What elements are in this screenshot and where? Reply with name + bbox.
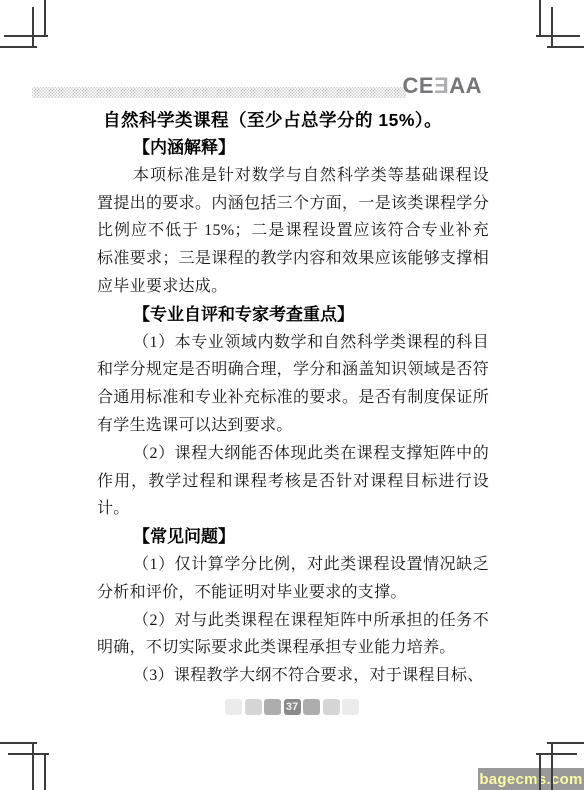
pager-square — [225, 699, 242, 715]
crop-mark-icon — [551, 742, 553, 790]
crop-mark-icon — [32, 7, 34, 48]
document-content: 自然科学类课程（至少占总学分的 15%）。 【内涵解释】 本项标准是针对数学与自… — [97, 106, 489, 690]
page-title: 自然科学类课程（至少占总学分的 15%）。 — [97, 106, 489, 134]
crop-mark-icon — [536, 753, 577, 755]
crop-mark-icon — [547, 46, 584, 48]
pager-square — [342, 699, 359, 715]
page-number-pager: 37 — [0, 699, 584, 715]
paragraph: 本项标准是针对数学与自然科学类等基础课程设置提出的要求。内涵包括三个方面，一是该… — [97, 162, 489, 301]
crop-mark-icon — [4, 35, 48, 37]
logo-part-left: CE — [402, 73, 434, 98]
pager-square — [264, 699, 281, 715]
paragraph: （2）课程大纲能否体现此类在课程支撑矩阵中的作用，教学过程和课程考核是否针对课程… — [97, 440, 489, 523]
logo-part-right: AA — [449, 73, 482, 98]
section-heading-common-problems: 【常见问题】 — [97, 523, 489, 551]
crop-mark-icon — [539, 0, 541, 36]
crop-mark-icon — [32, 742, 34, 790]
pager-square — [303, 699, 320, 715]
pager-square — [245, 699, 262, 715]
paragraph: （2）对与此类课程在课程矩阵中所承担的任务不明确，不切实际要求此类课程承担专业能… — [97, 607, 489, 663]
paragraph: （1）本专业领域内数学和自然科学类课程的科目和学分规定是否明确合理，学分和涵盖知… — [97, 329, 489, 440]
crop-mark-icon — [547, 742, 584, 744]
ceeaa-logo: CEƎAA — [402, 74, 482, 98]
crop-mark-icon — [8, 753, 49, 755]
crop-mark-icon — [44, 0, 46, 36]
section-heading-connotation: 【内涵解释】 — [97, 134, 489, 162]
pager-square — [323, 699, 340, 715]
crop-mark-icon — [536, 35, 580, 37]
paragraph: （3）课程教学大纲不符合要求，对于课程目标、 — [97, 662, 489, 690]
logo-part-middle: Ǝ — [434, 73, 449, 98]
page-number-badge: 37 — [284, 699, 301, 715]
book-page: CEƎAA 自然科学类课程（至少占总学分的 15%）。 【内涵解释】 本项标准是… — [0, 0, 584, 790]
crop-mark-icon — [44, 753, 46, 790]
header-halftone-bar — [32, 87, 406, 98]
crop-mark-icon — [0, 46, 37, 48]
section-heading-review-focus: 【专业自评和专家考查重点】 — [97, 301, 489, 329]
bagecms-watermark-link[interactable]: bagecms.com — [478, 768, 584, 790]
crop-mark-icon — [551, 7, 553, 48]
crop-mark-icon — [539, 753, 541, 790]
paragraph: （1）仅计算学分比例，对此类课程设置情况缺乏分析和评价，不能证明对毕业要求的支撑… — [97, 551, 489, 607]
